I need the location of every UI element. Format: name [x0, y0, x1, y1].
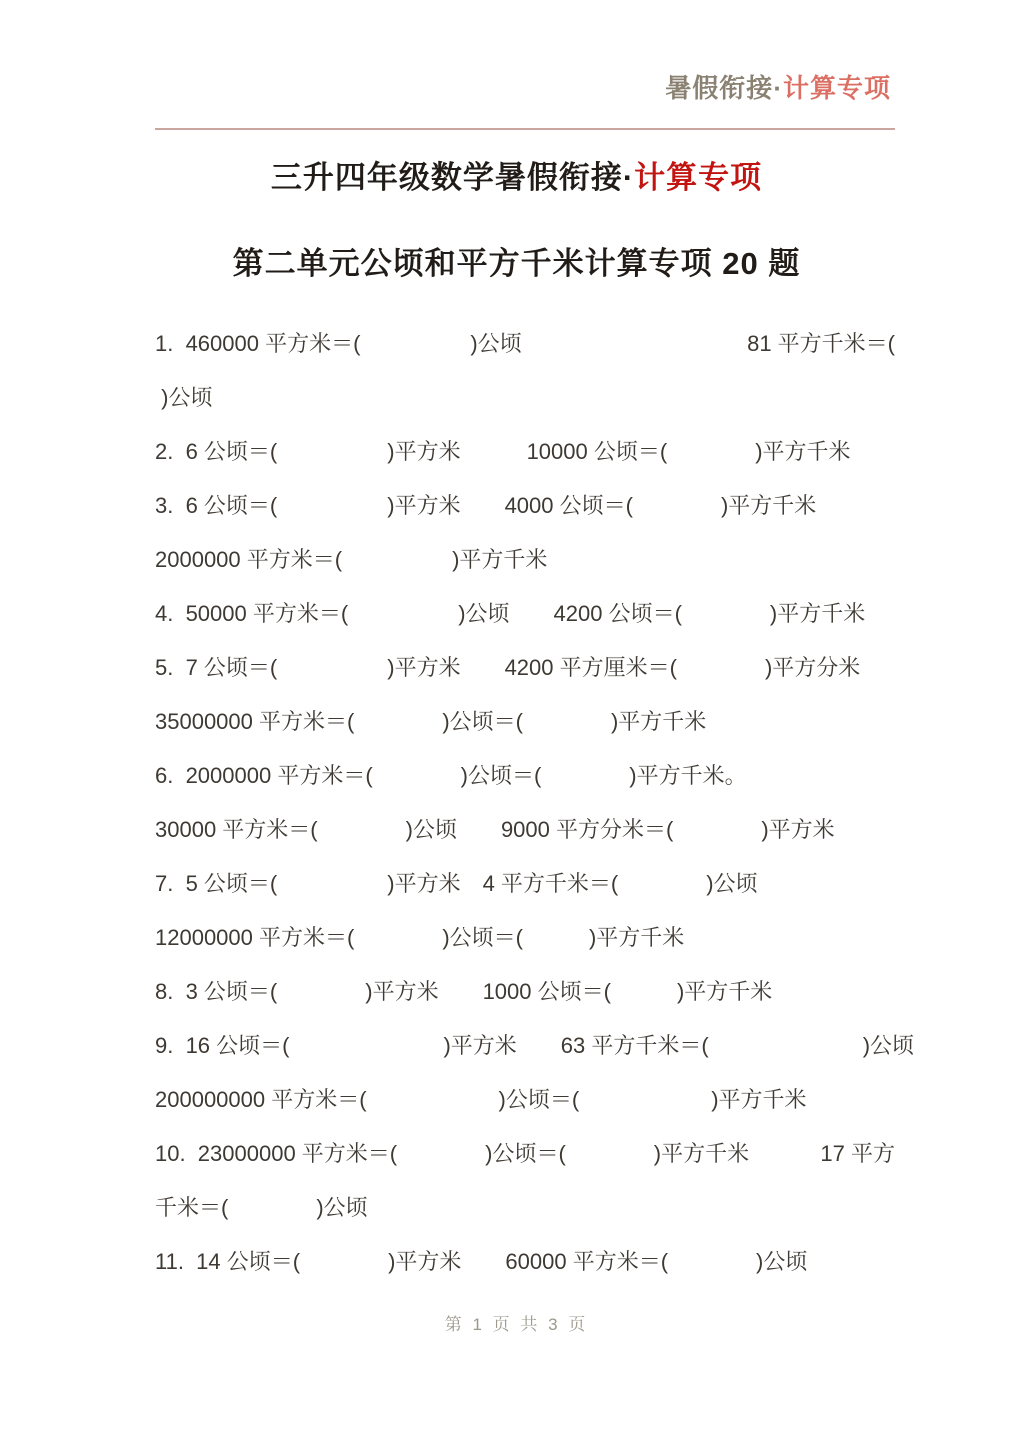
page-number-footer: 第 1 页 共 3 页	[0, 1313, 1033, 1337]
problem-text: 千米＝( )公顷	[155, 1191, 368, 1222]
problem-text: 200000000 平方米＝( )公顷＝( )平方千米	[155, 1083, 807, 1114]
doc-title-dot: ·	[623, 160, 634, 195]
problem-text: 8. 3 公顷＝( )平方米 1000 公顷＝( )平方千米	[155, 975, 772, 1006]
worksheet-page: 暑假衔接·计算专项 三升四年级数学暑假衔接·计算专项 第二单元公顷和平方千米计算…	[0, 0, 1033, 1430]
problem-text: 5. 7 公顷＝( )平方米 4200 平方厘米＝( )平方分米	[155, 651, 860, 682]
header-brand-highlight: 计算专项	[783, 73, 891, 103]
problem-line-3: 3. 6 公顷＝( )平方米 4000 公顷＝( )平方千米	[155, 477, 895, 531]
problem-line-5-continued: 35000000 平方米＝( )公顷＝( )平方千米	[155, 693, 895, 747]
problem-text: 2. 6 公顷＝( )平方米 10000 公顷＝( )平方千米	[155, 435, 851, 466]
problem-text: )公顷	[155, 381, 212, 412]
problem-line-4: 4. 50000 平方米＝( )公顷 4200 公顷＝( )平方千米	[155, 585, 895, 639]
problem-text: 1. 460000 平方米＝( )公顷	[155, 327, 522, 358]
problem-line-5: 5. 7 公顷＝( )平方米 4200 平方厘米＝( )平方分米	[155, 639, 895, 693]
page-header: 暑假衔接·计算专项	[0, 0, 1033, 105]
problem-line-7-continued: 12000000 平方米＝( )公顷＝( )平方千米	[155, 909, 895, 963]
problem-text: 6. 2000000 平方米＝( )公顷＝( )平方千米。	[155, 759, 747, 790]
problem-text: 10. 23000000 平方米＝( )公顷＝( )平方千米	[155, 1137, 749, 1168]
problem-text-right: 17 平方	[820, 1137, 895, 1168]
doc-title: 三升四年级数学暑假衔接·计算专项	[0, 158, 1033, 198]
problem-line-10: 10. 23000000 平方米＝( )公顷＝( )平方千米17 平方	[155, 1125, 895, 1179]
problem-text: 4. 50000 平方米＝( )公顷 4200 公顷＝( )平方千米	[155, 597, 865, 628]
problem-line-11: 11. 14 公顷＝( )平方米 60000 平方米＝( )公顷	[155, 1233, 895, 1287]
problem-line-1: 1. 460000 平方米＝( )公顷81 平方千米＝(	[155, 315, 895, 369]
problem-line-9: 9. 16 公顷＝( )平方米 63 平方千米＝( )公顷	[155, 1017, 895, 1071]
doc-title-main: 三升四年级数学暑假衔接	[271, 160, 623, 195]
problem-text: 12000000 平方米＝( )公顷＝( )平方千米	[155, 921, 684, 952]
problem-text: 9. 16 公顷＝( )平方米 63 平方千米＝( )公顷	[155, 1029, 914, 1060]
problem-text-right: 81 平方千米＝(	[747, 327, 895, 358]
problem-text: 11. 14 公顷＝( )平方米 60000 平方米＝( )公顷	[155, 1245, 807, 1276]
problem-text: 7. 5 公顷＝( )平方米 4 平方千米＝( )公顷	[155, 867, 758, 898]
doc-subtitle: 第二单元公顷和平方千米计算专项 20 题	[0, 244, 1033, 284]
doc-title-highlight: 计算专项	[634, 160, 762, 195]
problem-line-7: 7. 5 公顷＝( )平方米 4 平方千米＝( )公顷	[155, 855, 895, 909]
problem-line-6: 6. 2000000 平方米＝( )公顷＝( )平方千米。	[155, 747, 895, 801]
problem-text: 2000000 平方米＝( )平方千米	[155, 543, 547, 574]
problem-line-6-continued: 30000 平方米＝( )公顷 9000 平方分米＝( )平方米	[155, 801, 895, 855]
problem-line-3-continued: 2000000 平方米＝( )平方千米	[155, 531, 895, 585]
header-divider-line	[155, 128, 895, 130]
problem-text: 35000000 平方米＝( )公顷＝( )平方千米	[155, 705, 706, 736]
problem-line-8: 8. 3 公顷＝( )平方米 1000 公顷＝( )平方千米	[155, 963, 895, 1017]
problem-line-10-continued: 千米＝( )公顷	[155, 1179, 895, 1233]
problem-line-2: 2. 6 公顷＝( )平方米 10000 公顷＝( )平方千米	[155, 423, 895, 477]
problem-text: 30000 平方米＝( )公顷 9000 平方分米＝( )平方米	[155, 813, 835, 844]
problem-text: 3. 6 公顷＝( )平方米 4000 公顷＝( )平方千米	[155, 489, 816, 520]
problem-list: 1. 460000 平方米＝( )公顷81 平方千米＝( )公顷 2. 6 公顷…	[155, 315, 895, 1287]
header-dot-separator: ·	[773, 73, 783, 103]
problem-line-9-continued: 200000000 平方米＝( )公顷＝( )平方千米	[155, 1071, 895, 1125]
problem-line-1-continued: )公顷	[155, 369, 895, 423]
header-brand-text: 暑假衔接	[665, 73, 773, 103]
